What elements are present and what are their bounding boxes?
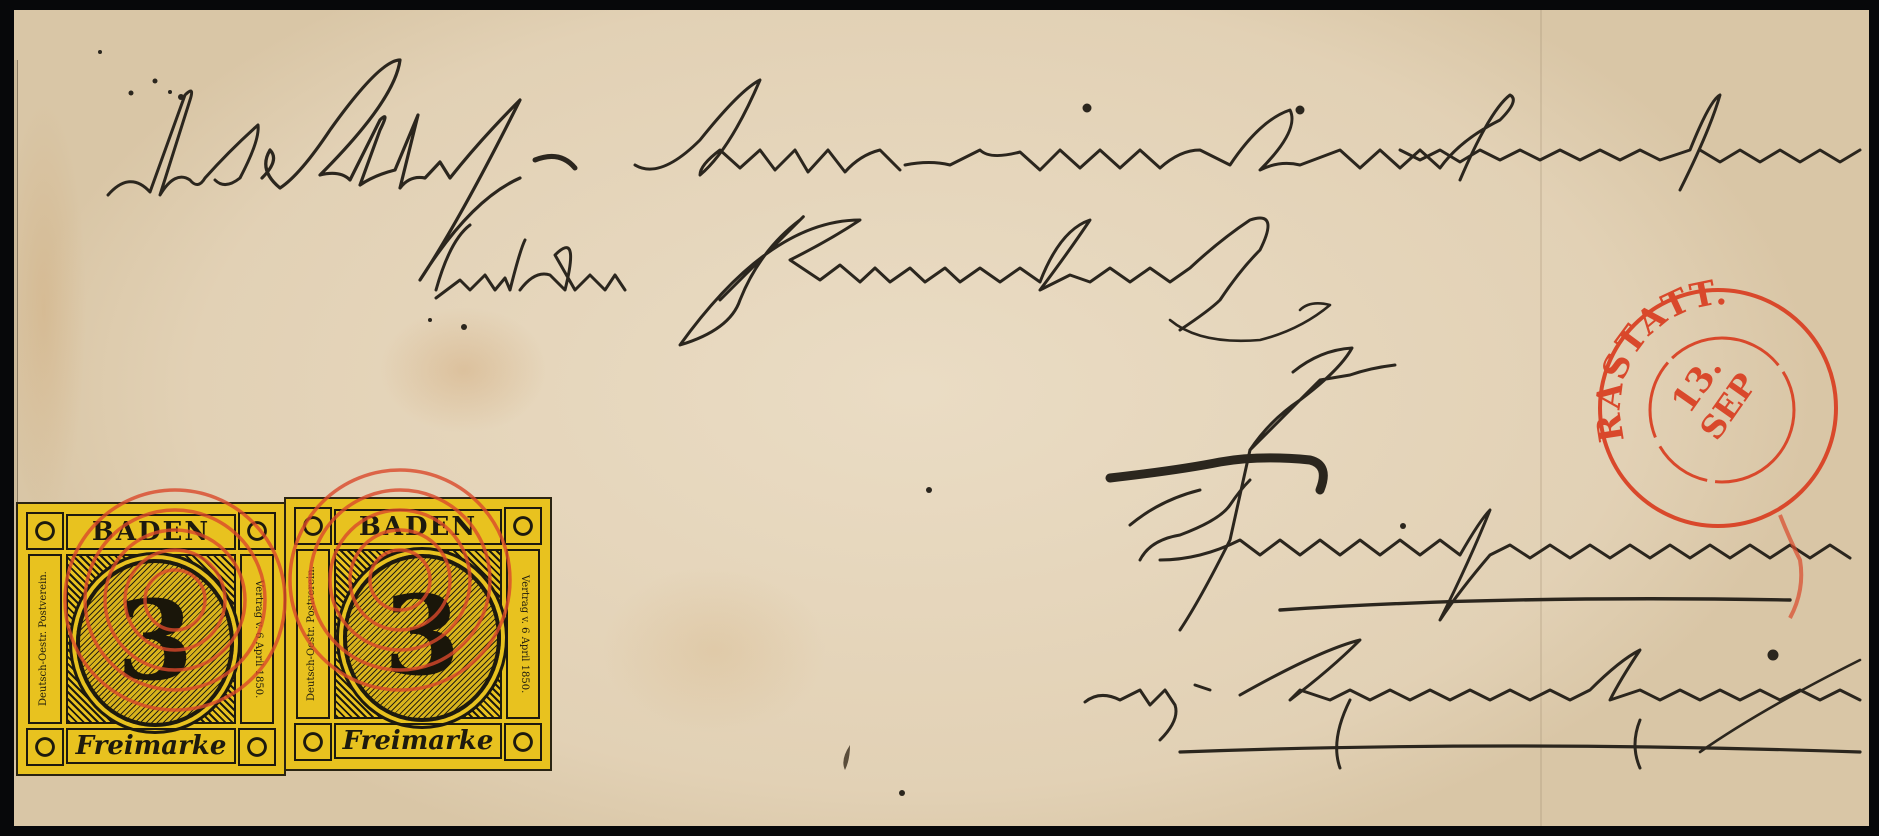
rastatt-postmark: RASTATT. 13. SEP: [0, 0, 1879, 836]
